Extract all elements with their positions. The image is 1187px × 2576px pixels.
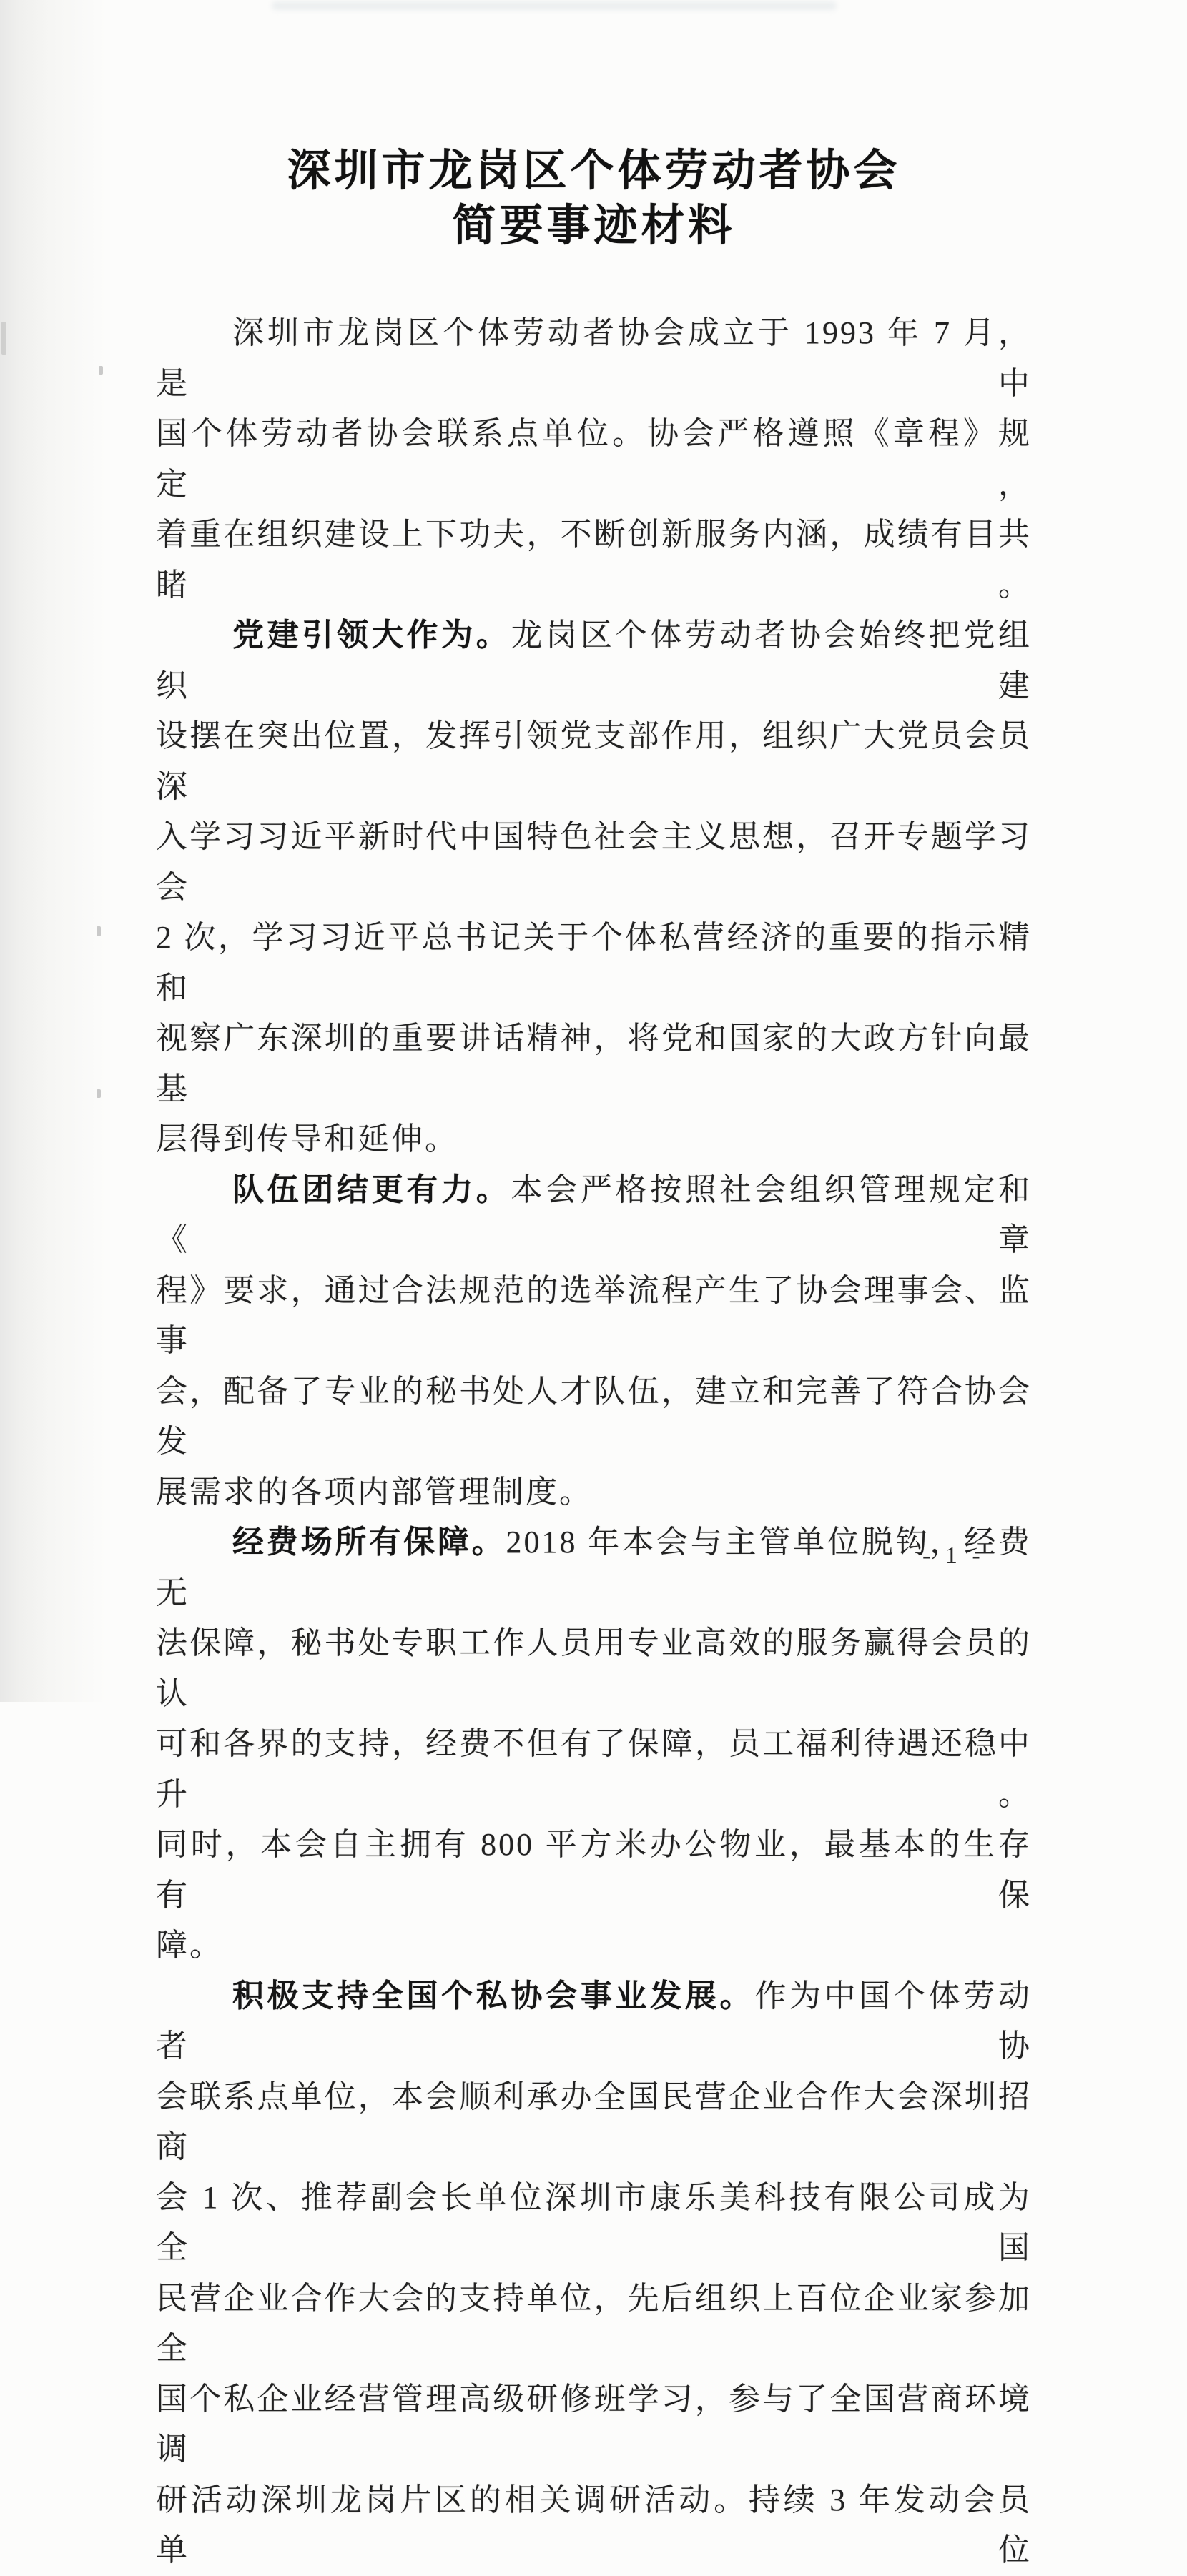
paragraph-lead: 经费场所有保障。 bbox=[232, 1525, 506, 1560]
body-line: 设摆在突出位置，发挥引领党支部作用，组织广大党员会员深 bbox=[156, 711, 1032, 812]
page-number: - 1 - bbox=[922, 1542, 985, 1570]
paragraph-lead: 队伍团结更有力。 bbox=[232, 1172, 511, 1207]
line-text: 国个体劳动者协会联系点单位。协会严格遵照《章程》规定， bbox=[156, 416, 1032, 502]
scan-speck bbox=[99, 366, 103, 375]
body-line: 视察广东深圳的重要讲话精神，将党和国家的大政方针向最基 bbox=[156, 1014, 1032, 1114]
scan-speck bbox=[97, 1089, 101, 1098]
line-text: 展需求的各项内部管理制度。 bbox=[156, 1475, 593, 1510]
scan-speck bbox=[97, 926, 101, 936]
line-text: 程》要求，通过合法规范的选举流程产生了协会理事会、监事 bbox=[156, 1273, 1032, 1359]
line-text: 视察广东深圳的重要讲话精神，将党和国家的大政方针向最基 bbox=[156, 1021, 1032, 1106]
body-line: 会，配备了专业的秘书处人才队伍，建立和完善了符合协会发 bbox=[156, 1367, 1032, 1467]
body-line: 着重在组织建设上下功夫，不断创新服务内涵，成绩有目共睹。 bbox=[156, 510, 1032, 610]
scan-edge-shadow bbox=[0, 0, 114, 1702]
document-title: 深圳市龙岗区个体劳动者协会 简要事迹材料 bbox=[156, 143, 1032, 253]
line-text: 着重在组织建设上下功夫，不断创新服务内涵，成绩有目共睹。 bbox=[156, 517, 1032, 603]
document-title-line1: 深圳市龙岗区个体劳动者协会 bbox=[156, 143, 1032, 198]
line-text: 会，配备了专业的秘书处人才队伍，建立和完善了符合协会发 bbox=[156, 1374, 1032, 1460]
body-line: 程》要求，通过合法规范的选举流程产生了协会理事会、监事 bbox=[156, 1266, 1032, 1367]
body-line: 深圳市龙岗区个体劳动者协会成立于 1993 年 7 月，是中 bbox=[156, 308, 1032, 409]
document-title-line2: 简要事迹材料 bbox=[156, 198, 1032, 253]
body-line: 入学习习近平新时代中国特色社会主义思想，召开专题学习会 bbox=[156, 812, 1032, 913]
body-line: 党建引领大作为。龙岗区个体劳动者协会始终把党组织建 bbox=[156, 610, 1032, 711]
line-text: 层得到传导和延伸。 bbox=[156, 1121, 458, 1156]
body-line: 2 次，学习习近平总书记关于个体私营经济的重要的指示精和 bbox=[156, 913, 1032, 1014]
line-text: 入学习习近平新时代中国特色社会主义思想，召开专题学习会 bbox=[156, 819, 1032, 905]
scan-smudge bbox=[272, 1, 837, 10]
paragraph-lead: 党建引领大作为。 bbox=[232, 618, 511, 653]
document-page: 深圳市龙岗区个体劳动者协会 简要事迹材料 深圳市龙岗区个体劳动者协会成立于 19… bbox=[0, 0, 1187, 1702]
scan-speck bbox=[1, 322, 6, 355]
body-line: 队伍团结更有力。本会严格按照社会组织管理规定和《章 bbox=[156, 1165, 1032, 1266]
body-line: 法保障，秘书处专职工作人员用专业高效的服务赢得会员的认 bbox=[156, 1618, 1032, 1702]
body-line: 经费场所有保障。2018 年本会与主管单位脱钩，经费无 bbox=[156, 1517, 1032, 1618]
line-text: 2 次，学习习近平总书记关于个体私营经济的重要的指示精和 bbox=[156, 920, 1032, 1006]
body-line: 展需求的各项内部管理制度。 bbox=[156, 1467, 1032, 1518]
document-body: 深圳市龙岗区个体劳动者协会成立于 1993 年 7 月，是中 国个体劳动者协会联… bbox=[156, 308, 1032, 1702]
line-text: 法保障，秘书处专职工作人员用专业高效的服务赢得会员的认 bbox=[156, 1625, 1032, 1702]
line-text: 设摆在突出位置，发挥引领党支部作用，组织广大党员会员深 bbox=[156, 718, 1032, 804]
body-line: 层得到传导和延伸。 bbox=[156, 1114, 1032, 1165]
line-text: 深圳市龙岗区个体劳动者协会成立于 1993 年 7 月，是中 bbox=[156, 315, 1032, 401]
body-line: 国个体劳动者协会联系点单位。协会严格遵照《章程》规定， bbox=[156, 409, 1032, 510]
